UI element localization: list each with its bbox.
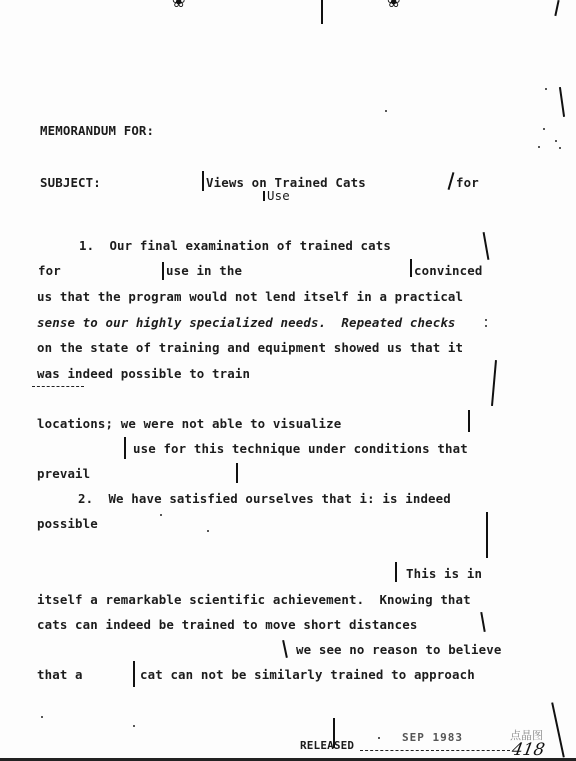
top-scan-artifact-left: ❀	[172, 0, 185, 11]
redaction-bracket	[395, 562, 397, 582]
declassified-memo-page: ❀ ❀ MEMORANDUM FOR: SUBJECT: Views on Tr…	[0, 0, 576, 761]
paragraph-2-line-6: we see no reason to believe	[296, 643, 501, 657]
speck	[207, 530, 209, 532]
right-margin-mark	[559, 87, 565, 117]
speck	[385, 110, 387, 112]
speck	[555, 140, 557, 142]
redaction-bracket	[491, 360, 497, 406]
paragraph-1-line-2-b: use in the	[166, 264, 242, 278]
handwritten-number: 418	[510, 740, 546, 760]
paragraph-2-line-3: This is in	[406, 567, 482, 581]
subject-label: SUBJECT:	[40, 176, 101, 190]
redaction-bracket	[448, 172, 454, 190]
subject-for: for	[456, 176, 479, 190]
paragraph-2-line-4: itself a remarkable scientific achieveme…	[37, 593, 471, 607]
speck	[485, 325, 487, 327]
redaction-bracket	[236, 463, 238, 483]
paragraph-2-line-5: cats can indeed be trained to move short…	[37, 618, 418, 632]
redaction-bracket	[480, 612, 485, 632]
paragraph-1-line-4: sense to our highly specialized needs. R…	[37, 316, 456, 330]
paragraph-1-line-6: was indeed possible to train	[37, 367, 250, 381]
speck	[485, 319, 487, 321]
top-right-bracket	[554, 0, 559, 16]
paragraph-2-line-2: possible	[37, 517, 98, 531]
speck	[538, 146, 540, 148]
subject-use: Use	[267, 189, 290, 203]
speck	[545, 88, 547, 90]
redaction-bracket	[162, 262, 164, 280]
redaction-bracket	[202, 171, 204, 191]
memorandum-for-label: MEMORANDUM FOR:	[40, 124, 154, 138]
paragraph-2-line-7-a: that a	[37, 668, 83, 682]
paragraph-1-line-3: us that the program would not lend itsel…	[37, 290, 463, 304]
paragraph-1-line-2-a: for	[38, 264, 61, 278]
paragraph-1-line-5: on the state of training and equipment s…	[37, 341, 463, 355]
redaction-bracket	[410, 259, 412, 277]
speck	[160, 514, 162, 516]
released-line	[360, 750, 510, 751]
redaction-bracket	[468, 410, 470, 432]
paragraph-1-line-1: 1. Our final examination of trained cats	[79, 239, 391, 253]
release-date-stamp: SEP 1983	[402, 731, 463, 744]
paragraph-2-line-1: 2. We have satisfied ourselves that i: i…	[78, 492, 451, 506]
redaction-bracket	[486, 512, 488, 558]
released-label: RELEASED	[300, 739, 354, 753]
redaction-bracket	[282, 640, 287, 658]
redaction-bracket	[483, 232, 489, 260]
top-redaction-bracket	[321, 0, 323, 24]
redaction-bracket	[124, 437, 126, 459]
speck	[133, 725, 135, 727]
speck	[41, 716, 43, 718]
paragraph-2-line-7-b: cat can not be similarly trained to appr…	[140, 668, 475, 682]
redaction-bracket	[263, 191, 265, 201]
speck	[378, 737, 380, 739]
top-scan-artifact-right: ❀	[387, 0, 400, 11]
speck	[559, 147, 561, 149]
paragraph-1-line-9: prevail	[37, 467, 90, 481]
paragraph-1-line-8: use for this technique under conditions …	[133, 442, 468, 456]
redaction-bracket	[133, 661, 135, 687]
right-edge-bracket	[551, 702, 564, 757]
paragraph-1-line-7: locations; we were not able to visualize	[37, 417, 341, 431]
paragraph-1-line-2-c: convinced	[414, 264, 483, 278]
underline-mark	[32, 386, 84, 387]
speck	[543, 128, 545, 130]
